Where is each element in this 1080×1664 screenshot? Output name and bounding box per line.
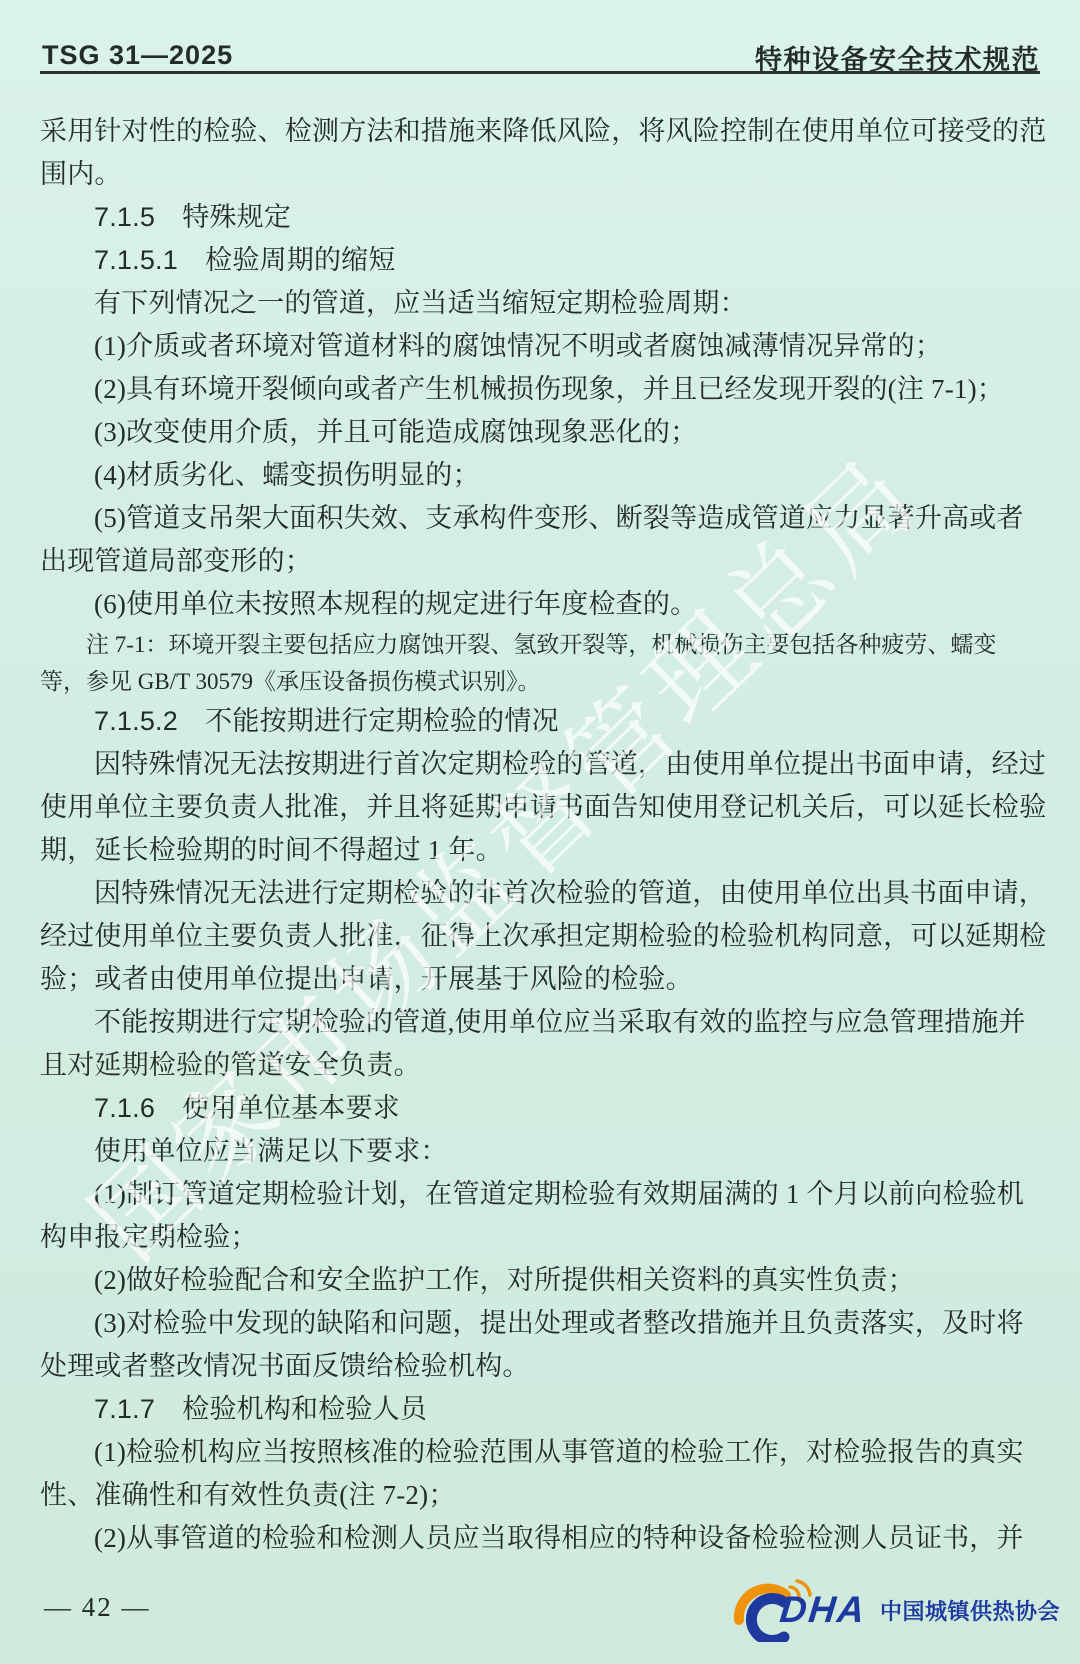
list-item: (2)做好检验配合和安全监护工作，对所提供相关资料的真实性负责； xyxy=(40,1259,1048,1302)
text-line: 使用单位应当满足以下要求： xyxy=(40,1130,1048,1173)
list-item: (3)改变使用介质，并且可能造成腐蚀现象恶化的； xyxy=(40,411,1048,454)
association-logo: DHA 中国城镇供热协会 xyxy=(724,1578,1060,1642)
dha-acronym: DHA xyxy=(778,1589,869,1631)
text-line: 处理或者整改情况书面反馈给检验机构。 xyxy=(40,1345,1048,1388)
list-item: (5)管道支吊架大面积失效、支承构件变形、断裂等造成管道应力显著升高或者 xyxy=(40,497,1048,540)
list-item: (3)对检验中发现的缺陷和问题，提出处理或者整改措施并且负责落实，及时将 xyxy=(40,1302,1048,1345)
text-line: 有下列情况之一的管道，应当适当缩短定期检验周期： xyxy=(40,282,1048,325)
footnote-line: 等，参见 GB/T 30579《承压设备损伤模式识别》。 xyxy=(40,663,1048,700)
section-heading: 7.1.6 使用单位基本要求 xyxy=(40,1087,1048,1130)
section-heading: 7.1.5 特殊规定 xyxy=(40,196,1048,239)
section-heading: 7.1.5.2 不能按期进行定期检验的情况 xyxy=(40,700,1048,743)
text-line: 围内。 xyxy=(40,153,1048,196)
list-item: (1)制订管道定期检验计划，在管道定期检验有效期届满的 1 个月以前向检验机 xyxy=(40,1173,1048,1216)
header-rule xyxy=(40,71,1040,74)
list-item: (4)材质劣化、蠕变损伤明显的； xyxy=(40,454,1048,497)
section-heading: 7.1.7 检验机构和检验人员 xyxy=(40,1388,1048,1431)
section-heading: 7.1.5.1 检验周期的缩短 xyxy=(40,239,1048,282)
list-item: (6)使用单位未按照本规程的规定进行年度检查的。 xyxy=(40,583,1048,626)
list-item: (1)检验机构应当按照核准的检验范围从事管道的检验工作，对检验报告的真实 xyxy=(40,1431,1048,1474)
text-line: 因特殊情况无法按期进行首次定期检验的管道，由使用单位提出书面申请，经过 xyxy=(40,743,1048,786)
list-item: (1)介质或者环境对管道材料的腐蚀情况不明或者腐蚀减薄情况异常的； xyxy=(40,325,1048,368)
text-line: 不能按期进行定期检验的管道,使用单位应当采取有效的监控与应急管理措施并 xyxy=(40,1001,1048,1044)
text-line: 出现管道局部变形的； xyxy=(40,540,1048,583)
list-item: (2)从事管道的检验和检测人员应当取得相应的特种设备检验检测人员证书，并 xyxy=(40,1517,1048,1560)
text-line: 期，延长检验期的时间不得超过 1 年。 xyxy=(40,829,1048,872)
text-line: 采用针对性的检验、检测方法和措施来降低风险，将风险控制在使用单位可接受的范 xyxy=(40,110,1048,153)
text-line: 构申报定期检验； xyxy=(40,1216,1048,1259)
association-name: 中国城镇供热协会 xyxy=(880,1595,1060,1626)
text-line: 且对延期检验的管道安全负责。 xyxy=(40,1044,1048,1087)
header-doc-code: TSG 31—2025 xyxy=(42,40,233,71)
list-item: (2)具有环境开裂倾向或者产生机械损伤现象，并且已经发现开裂的(注 7-1)； xyxy=(40,368,1048,411)
page-number: — 42 — xyxy=(44,1592,151,1623)
text-line: 因特殊情况无法进行定期检验的非首次检验的管道，由使用单位出具书面申请， xyxy=(40,872,1048,915)
text-line: 性、准确性和有效性负责(注 7-2)； xyxy=(40,1474,1048,1517)
document-body: 采用针对性的检验、检测方法和措施来降低风险，将风险控制在使用单位可接受的范 围内… xyxy=(40,110,1048,1560)
document-page: TSG 31—2025 特种设备安全技术规范 采用针对性的检验、检测方法和措施来… xyxy=(0,0,1080,1664)
text-line: 验；或者由使用单位提出申请，开展基于风险的检验。 xyxy=(40,958,1048,1001)
footnote-line: 注 7-1：环境开裂主要包括应力腐蚀开裂、氢致开裂等，机械损伤主要包括各种疲劳、… xyxy=(40,626,1048,663)
text-line: 经过使用单位主要负责人批准，征得上次承担定期检验的检验机构同意，可以延期检 xyxy=(40,915,1048,958)
text-line: 使用单位主要负责人批准，并且将延期申请书面告知使用登记机关后，可以延长检验 xyxy=(40,786,1048,829)
